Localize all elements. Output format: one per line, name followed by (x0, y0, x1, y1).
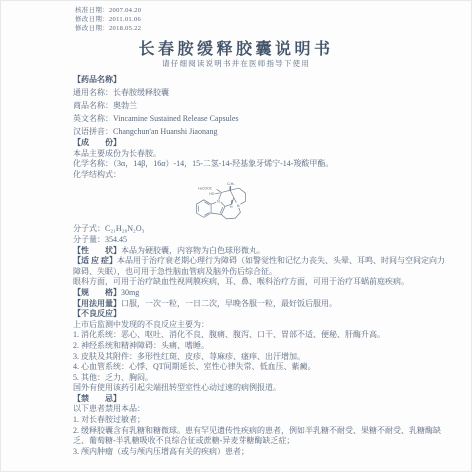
indications-text: 本品用于治疗衰老期心理行为障碍（如警觉性和记忆力丧失、头晕、耳鸣、时间与空间定向… (73, 256, 445, 276)
revision-date-2: 修改日期：2018.05.22 (75, 24, 471, 33)
properties-heading: 【性 状】 (73, 246, 121, 255)
adverse-item: 5. 其他：乏力、胸闷。 (73, 373, 445, 384)
contraindications-intro: 以下患者禁用本品： (73, 404, 445, 415)
trade-name-line: 商品名称：奥勃兰 (73, 99, 445, 112)
composition-heading: 【成 份】 (73, 138, 445, 149)
page-title: 长春胺缓释胶囊说明书 (1, 40, 471, 59)
hydroxyl-group-label: HO (209, 192, 215, 196)
adverse-item: 4. 心血管系统：心悸、QT间期延长、室性心律失常、低血压、紫癜。 (73, 362, 445, 373)
structure-label-line: 化学结构式： (73, 170, 445, 181)
dosage-text: 口服，一次一粒，一日二次，早晚各服一粒，最好饭后服用。 (121, 299, 337, 308)
section-dosage: 【用法用量】口服，一次一粒，一日二次，早晚各服一粒，最好饭后服用。 (73, 299, 445, 310)
properties-text: 本品为硬胶囊，内容物为白色球形微丸。 (121, 246, 265, 255)
adverse-intro: 上市后监测中发现的不良反应主要为： (73, 320, 445, 331)
date-block: 核准日期：2007.04.20 修改日期：2011.01.06 修改日期：201… (75, 6, 471, 33)
section-drug-name: 【药品名称】 通用名称：长春胺缓释胶囊 商品名称：奥勃兰 英文名称：Vincam… (73, 73, 445, 138)
section-contraindications: 【禁 忌】 以下患者禁用本品： 1. 对长春胺过敏者； 2. 缓释胶囊含有乳糖和… (73, 394, 445, 458)
contraindication-item: 3. 颅内肿瘤（或与颅内压增高有关的疾病）患者； (73, 447, 445, 458)
composition-main-line: 本品主要成份为长春胺。 (73, 149, 445, 160)
leaflet-page: 核准日期：2007.04.20 修改日期：2011.01.06 修改日期：201… (0, 0, 472, 472)
molecular-formula-line: 分子式：C₂₁H₂₆N₂O₃ (73, 224, 445, 235)
strength-text: 30mg (121, 288, 139, 297)
hydrogen-label: H (230, 206, 233, 210)
ethyl-group-label: C₂H₅ (227, 182, 235, 186)
indole-nitrogen-label: N (217, 200, 220, 204)
ring-nitrogen-label: N (237, 205, 240, 209)
chemical-structure-drawing: H₃COOC HO C₂H₅ N N H (181, 180, 291, 224)
page-subtitle: 请仔细阅读说明书并在医师指导下使用 (1, 59, 471, 69)
revision-date-1: 修改日期：2011.01.06 (75, 15, 471, 24)
section-properties: 【性 状】本品为硬胶囊，内容物为白色球形微丸。 (73, 246, 445, 257)
adverse-item: 1. 消化系统：恶心、呕吐、消化不良、腹痛、腹泻、口干、胃部不适、便秘、肝酶升高… (73, 330, 445, 341)
strength-heading: 【规 格】 (73, 288, 121, 297)
adverse-item: 2. 神经系统和精神障碍：头痛、嗜睡。 (73, 341, 445, 352)
adverse-item: 3. 皮肤及其附件：多形性红斑、皮疹、荨麻疹、瘙痒、出汗增加。 (73, 352, 445, 363)
indications-heading: 【适 应 症】 (73, 256, 117, 265)
chemical-name-line: 化学名称：（3α，14β，16α）-14，15-二氢-14-羟基象牙烯宁-14-… (73, 159, 445, 170)
leaflet-body: 【药品名称】 通用名称：长春胺缓释胶囊 商品名称：奥勃兰 英文名称：Vincam… (73, 73, 445, 457)
contraindication-item: 1. 对长春胺过敏者； (73, 415, 445, 426)
pinyin-name-line: 汉语拼音：Changchun'an Huanshi Jiaonang (73, 125, 445, 138)
indications-text-2: 眼科方面，可用于治疗缺血性视网膜疾病，耳、鼻、喉科治疗方面，可用于治疗耳蜗前庭疾… (73, 277, 445, 288)
contraindications-heading: 【禁 忌】 (73, 394, 445, 405)
approval-date: 核准日期：2007.04.20 (75, 6, 471, 15)
adverse-heading: 【不良反应】 (73, 309, 445, 320)
adverse-note: 国外有使用该药引起尖端扭转型室性心动过速的病例报道。 (73, 383, 445, 394)
chemical-structure: H₃COOC HO C₂H₅ N N H (181, 180, 445, 224)
dosage-heading: 【用法用量】 (73, 299, 121, 308)
generic-name-line: 通用名称：长春胺缓释胶囊 (73, 86, 445, 99)
drug-name-heading: 【药品名称】 (73, 73, 445, 86)
contraindication-item: 2. 缓释胶囊含有乳糖和糖微球。患有罕见遗传性疾病的患者，例如半乳糖不耐受、果糖… (73, 426, 445, 447)
ester-group-label: H₃COOC (198, 187, 213, 191)
molecular-weight-line: 分子量：354.45 (73, 235, 445, 246)
section-composition: 【成 份】 本品主要成份为长春胺。 化学名称：（3α，14β，16α）-14，1… (73, 138, 445, 246)
english-name-line: 英文名称：Vincamine Sustained Release Capsule… (73, 112, 445, 125)
section-strength: 【规 格】30mg (73, 288, 445, 299)
section-adverse-reactions: 【不良反应】 上市后监测中发现的不良反应主要为： 1. 消化系统：恶心、呕吐、消… (73, 309, 445, 394)
section-indications: 【适 应 症】本品用于治疗衰老期心理行为障碍（如警觉性和记忆力丧失、头晕、耳鸣、… (73, 256, 445, 277)
